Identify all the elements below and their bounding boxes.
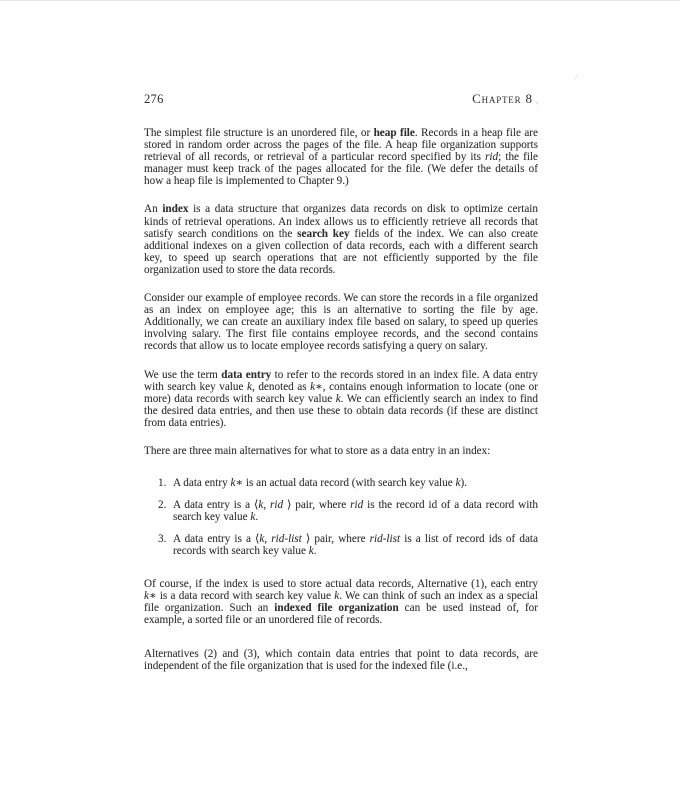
paragraph-alternative-1-discussion: Of course, if the index is used to store… — [144, 578, 538, 626]
paragraph-alternatives-intro: There are three main alternatives for wh… — [144, 445, 538, 457]
body-text: The simplest file structure is an unorde… — [144, 127, 538, 688]
chapter-heading-label: Chapter 8 — [472, 91, 533, 106]
paragraph-employee-example: Consider our example of employee records… — [144, 292, 538, 352]
paragraph-alternatives-2-3: Alternatives (2) and (3), which contain … — [144, 648, 538, 672]
chapter-trailing-mark: , — [536, 95, 538, 105]
list-item-text: A data entry is a ⟨k, rid-list ⟩ pair, w… — [173, 533, 538, 557]
alternatives-list: 1. A data entry k∗ is an actual data rec… — [144, 477, 538, 557]
list-item-text: A data entry k∗ is an actual data record… — [173, 477, 467, 489]
page-number: 276 — [144, 92, 164, 107]
list-item-alternative-3: 3. A data entry is a ⟨k, rid-list ⟩ pair… — [144, 533, 538, 557]
list-item-text: A data entry is a ⟨k, rid ⟩ pair, where … — [173, 499, 538, 523]
scan-artifact-mark: / — [574, 72, 579, 82]
list-item-alternative-1: 1. A data entry k∗ is an actual data rec… — [144, 477, 538, 489]
paragraph-heap-file: The simplest file structure is an unorde… — [144, 127, 538, 187]
list-item-number: 3. — [158, 533, 166, 545]
list-item-number: 2. — [158, 499, 166, 511]
book-page: 276 Chapter 8, / The simplest file struc… — [0, 0, 680, 800]
list-item-alternative-2: 2. A data entry is a ⟨k, rid ⟩ pair, whe… — [144, 499, 538, 523]
paragraph-data-entry: We use the term data entry to refer to t… — [144, 369, 538, 429]
list-item-number: 1. — [158, 477, 166, 489]
chapter-heading: Chapter 8, — [472, 91, 538, 107]
running-header: 276 Chapter 8, — [144, 91, 538, 107]
paragraph-index: An index is a data structure that organi… — [144, 203, 538, 276]
